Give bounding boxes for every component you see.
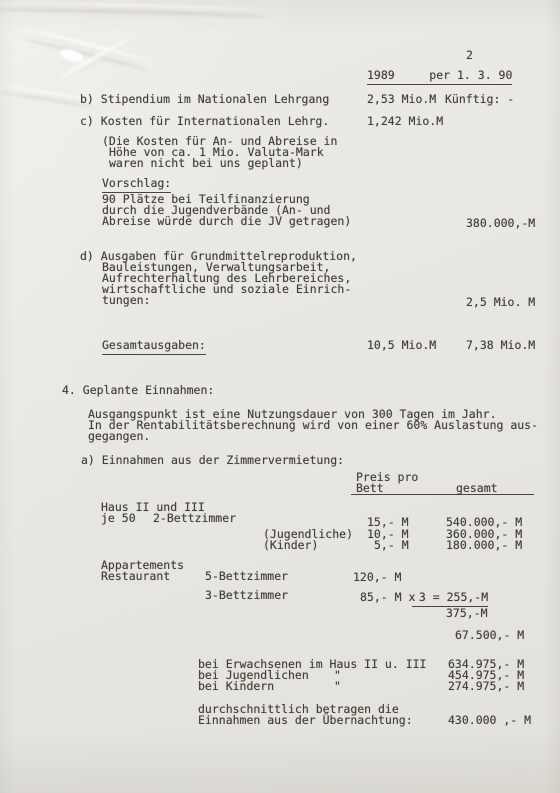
- avg-note-2: Einnahmen aus der Übernachtung:: [198, 715, 413, 727]
- row-2bett-count: je 50: [101, 513, 136, 525]
- item-c-label: c) Kosten für Internationalen Lehrg.: [80, 116, 329, 128]
- row-2bett-label: 2-Bettzimmer: [153, 513, 236, 525]
- item-d-line-5: tungen:: [102, 295, 150, 307]
- paper-crease: [15, 25, 153, 66]
- avg-value: 430.000 ,- M: [448, 715, 531, 727]
- item-c-value-1989: 1,242 Mio.M: [367, 116, 443, 128]
- item-c-note-3: waren nicht bei uns geplant): [109, 158, 303, 170]
- page-number: 2: [466, 50, 473, 62]
- rev-kinder-value: 274.975,- M: [448, 681, 524, 693]
- vorschlag-line-3: Abreise würde durch die JV getragen): [102, 216, 351, 228]
- row-3bett-calc: 3 = 255,-M: [412, 592, 488, 607]
- subtotal-67500: 67.500,- M: [455, 630, 524, 642]
- vorschlag-value: 380.000,-M: [466, 218, 535, 230]
- item-b-value-future: Künftig: -: [445, 94, 514, 106]
- row-kinder-label: (Kinder): [263, 540, 318, 552]
- paper-crease: [59, 47, 85, 65]
- row-kinder-total: 180.000,- M: [446, 540, 522, 552]
- rev-kinder-ditto: ": [334, 681, 341, 693]
- section-4-heading: 4. Geplante Einnahmen:: [62, 385, 214, 397]
- section-4-para-3: gegangen.: [88, 431, 150, 443]
- subtotal-375: 375,-M: [446, 608, 488, 620]
- table-header-price-2: Bett: [356, 483, 384, 495]
- row-3bett-price: 85,- M x: [360, 592, 415, 604]
- section-4a-heading: a) Einnahmen aus der Zimmervermietung:: [81, 455, 344, 467]
- item-b-label: b) Stipendium im Nationalen Lehrgang: [80, 94, 329, 106]
- rev-kinder-label: bei Kindern: [198, 681, 274, 693]
- row-3bett-label: 3-Bettzimmer: [205, 590, 288, 602]
- total-expenses-label: Gesamtausgaben:: [102, 340, 206, 355]
- section-4-para-2: In der Rentabilitätsberechnung wird von …: [88, 420, 538, 432]
- column-header-years: 1989 per 1. 3. 90: [367, 70, 512, 85]
- row-kinder-price: 5,- M: [374, 540, 409, 552]
- total-expenses-1990: 7,38 Mio.M: [466, 340, 535, 352]
- item-b-value-1989: 2,53 Mio.M: [367, 94, 436, 106]
- row-5bett-price: 120,- M: [353, 572, 401, 584]
- document-page: 21989 per 1. 3. 90b) Stipendium im Natio…: [0, 0, 560, 793]
- item-d-value: 2,5 Mio. M: [466, 297, 535, 309]
- row-5bett-label: 5-Bettzimmer: [205, 571, 288, 583]
- total-expenses-1989: 10,5 Mio.M: [367, 340, 436, 352]
- vorschlag-heading: Vorschlag:: [102, 178, 171, 193]
- restaurant-label: Restaurant: [101, 571, 170, 583]
- table-header-total: gesamt: [456, 483, 498, 495]
